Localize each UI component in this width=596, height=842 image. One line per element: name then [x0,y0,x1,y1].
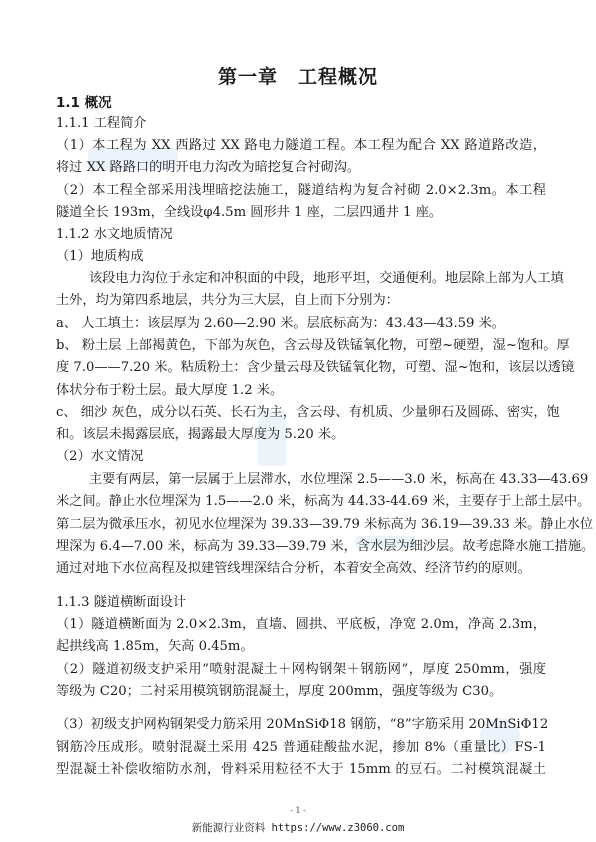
paragraph-line: 埋深为 6.4—7.00 米，标高为 39.33—39.79 米，含水层为细沙层… [56,536,546,558]
document-page: 第一章 工程概况 1.1 概况 1.1.1 工程简介 （1）本工程为 XX 西路… [0,0,596,842]
paragraph-line: 土外，均为第四系地层，共分为三大层，自上而下分别为： [56,290,546,312]
section-heading-1-1: 1.1 概况 [56,92,546,114]
paragraph-line: 体状分布于粉土层。最大厚度 1.2 米。 [56,380,546,402]
page-number: - 1 - [0,806,596,815]
subsection-heading: （1）地质构成 [56,246,546,268]
paragraph-line: 通过对地下水位高程及拟建管线埋深结合分析，本着安全高效、经济节约的原则。 [56,558,546,580]
paragraph-line: （1）本工程为 XX 西路过 XX 路电力隧道工程。本工程为配合 XX 路道路改… [56,135,546,157]
paragraph-line: 起拱线高 1.85m，矢高 0.45m。 [56,636,546,658]
paragraph-line: 钢筋冷压成形。喷射混凝土采用 425 普通硅酸盐水泥，掺加 8%（重量比）FS-… [56,737,546,759]
paragraph-line: 度 7.0——7.20 米。粘质粉土：含少量云母及铁锰氧化物，可塑、湿~饱和，该… [56,357,546,379]
paragraph-line: 隧道全长 193m，全线设φ4.5m 圆形井 1 座，二层四通井 1 座。 [56,202,546,224]
section-heading-1-1-1: 1.1.1 工程简介 [56,113,546,135]
paragraph-line: 将过 XX 路路口的明开电力沟改为暗挖复合衬砌沟。 [56,157,546,179]
paragraph-line: （3）初级支护网构钢架受力筋采用 20MnSiΦ18 钢筋，“8”字筋采用 20… [56,714,546,736]
paragraph-line: 第二层为微承压水，初见水位埋深为 39.33—39.79 米标高为 36.19—… [56,514,546,536]
paragraph-line: c、 细沙 灰色，成分以石英、长石为主，含云母、有机质、少量卵石及圆砾、密实，饱 [56,402,546,424]
paragraph-line: 米之间。静止水位埋深为 1.5——2.0 米，标高为 44.33-44.69 米… [56,491,546,513]
paragraph-line: （1）隧道横断面为 2.0×2.3m，直墙、圆拱、平底板，净宽 2.0m，净高 … [56,614,546,636]
subsection-heading: （2）水文情况 [56,446,546,468]
paragraph-line: a、 人工填土：该层厚为 2.60—2.90 米。层底标高为：43.43—43.… [56,313,546,335]
paragraph-line: （2）隧道初级支护采用“喷射混凝土＋网构钢架＋钢筋网”，厚度 250mm，强度 [56,659,546,681]
paragraph-line: b、 粉土层 上部褐黄色，下部为灰色，含云母及铁锰氧化物，可塑~硬塑，湿~饱和。… [56,335,546,357]
section-heading-1-1-2: 1.1.2 水文地质情况 [56,224,546,246]
section-heading-1-1-3: 1.1.3 隧道横断面设计 [56,592,546,614]
paragraph-line: 和。该层未揭露层底，揭露最大厚度为 5.20 米。 [56,424,546,446]
paragraph-line: （2）本工程全部采用浅埋暗挖法施工，隧道结构为复合衬砌 2.0×2.3m。本工程 [56,180,546,202]
chapter-title: 第一章 工程概况 [0,62,596,89]
paragraph-line: 型混凝土补偿收缩防水剂，骨料采用粒径不大于 15mm 的豆石。二衬模筑混凝土 [56,759,546,781]
paragraph-line: 该段电力沟位于永定和冲积面的中段，地形平坦，交通便利。地层除上部为人工填 [56,268,546,290]
footer-source-text: 新能源行业资料 https://www.z3060.com [0,820,596,835]
paragraph-line: 等级为 C20；二衬采用模筑钢筋混凝土，厚度 200mm，强度等级为 C30。 [56,681,546,703]
paragraph-line: 主要有两层，第一层属于上层滞水，水位埋深 2.5——3.0 米，标高在 43.3… [56,469,546,491]
